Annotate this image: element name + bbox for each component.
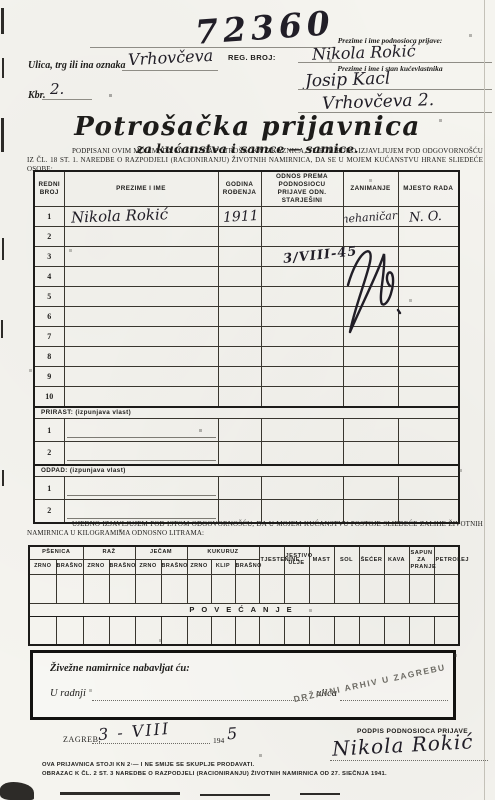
prirast-label: PRIRAST: (izpunjava vlast) xyxy=(34,407,459,419)
scan-artifact xyxy=(2,470,4,486)
writing-line xyxy=(67,480,216,496)
purchase-heading: Živežne namirnice nabavljat ću: xyxy=(50,663,190,674)
writing-line xyxy=(67,445,216,461)
col-header-secer: ŠEĆER xyxy=(359,546,384,574)
row-number: 1 xyxy=(34,207,64,227)
landlord-address-value: Vrhovčeva 2. xyxy=(322,90,435,114)
scan-artifact xyxy=(1,320,3,338)
row-number: 7 xyxy=(34,327,64,347)
sub-col-brasno: BRAŠNO xyxy=(161,559,187,574)
shop-street-line xyxy=(340,700,448,701)
street-label: Ulica, trg ili ina oznaka xyxy=(28,60,126,71)
house-number-value: 2. xyxy=(50,80,64,98)
odpad-label: ODPAD: (izpunjava vlast) xyxy=(34,465,459,477)
col-group-jecam: JEČAM xyxy=(135,546,187,559)
sub-col-zrno: ZRNO xyxy=(83,559,109,574)
col-header-kava: KAVA xyxy=(384,546,409,574)
applicant-name-value: Nikola Rokić xyxy=(312,41,416,64)
col-group-raz: RAŽ xyxy=(83,546,135,559)
prirast-row: 1 xyxy=(34,419,459,442)
row-number: 1 xyxy=(34,477,64,500)
scan-artifact xyxy=(2,238,4,260)
stocks-empty-row xyxy=(29,574,459,603)
prirast-row: 2 xyxy=(34,442,459,465)
official-paraph xyxy=(340,240,410,340)
stocks-empty-row xyxy=(29,616,459,645)
col-header-redni-broj: REDNI BROJ xyxy=(34,171,64,207)
povecanje-label: POVEĆANJE xyxy=(29,603,459,616)
sub-col-zrno: ZRNO xyxy=(135,559,161,574)
odpad-row: 1 xyxy=(34,477,459,500)
form-title: Potrošačka prijavnica xyxy=(0,112,495,142)
col-header-odnos: ODNOS PREMA PODNOSIOCU PRIJAVE ODN. STAR… xyxy=(261,171,343,207)
povecanje-band-row: POVEĆANJE xyxy=(29,603,459,616)
occupation-cell: mehaničar xyxy=(343,207,398,227)
row-number: 5 xyxy=(34,287,64,307)
col-header-godina-rodjenja: GODINA ROĐENJA xyxy=(218,171,261,207)
u-radnji-label: U radnji xyxy=(50,688,86,699)
col-header-petrolej: PETROLEJ xyxy=(434,546,459,574)
col-header-mast: MAST xyxy=(309,546,334,574)
scan-artifact xyxy=(2,58,4,78)
col-header-prezime-ime: PREZIME I IME xyxy=(64,171,218,207)
scan-artifact xyxy=(1,118,4,152)
col-header-zanimanje: ZANIMANJE xyxy=(343,171,398,207)
footer-note-regulation: OBRAZAC K ČL. 2 ST. 3 NAREDBE O RAZPODJE… xyxy=(42,771,387,777)
scan-artifact xyxy=(200,794,270,796)
scan-artifact xyxy=(0,782,34,800)
street-field-line xyxy=(122,70,218,71)
sub-col-zrno: ZRNO xyxy=(187,559,211,574)
stocks-group-header-row: PŠENICA RAŽ JEČAM KUKURUZ TJESTENINE JES… xyxy=(29,546,459,559)
shop-name-line xyxy=(92,700,308,701)
footer-note-price: OVA PRIJAVNICA STOJI KN 2·— I NE SMIJE S… xyxy=(42,762,254,768)
relation-cell xyxy=(261,207,343,227)
name-cell: Nikola Rokić xyxy=(64,207,218,227)
col-header-tjestenine: TJESTENINE xyxy=(259,546,284,574)
year-cell: 1911 xyxy=(218,207,261,227)
reg-broj-label: REG. BROJ: xyxy=(228,53,276,62)
row-number: 6 xyxy=(34,307,64,327)
persons-table-header-row: REDNI BROJ PREZIME I IME GODINA ROĐENJA … xyxy=(34,171,459,207)
scanned-form-page: 72360 REG. BROJ: Ulica, trg ili ina ozna… xyxy=(0,0,495,800)
applicant-name-line xyxy=(298,62,492,63)
writing-line xyxy=(67,503,216,519)
workplace-cell: N. O. xyxy=(398,207,459,227)
occupation-handwritten: mehaničar xyxy=(343,208,397,225)
prirast-section-band: PRIRAST: (izpunjava vlast) xyxy=(34,407,459,419)
row-number: 2 xyxy=(34,227,64,247)
col-header-sapun: SAPUN ZA PRANJE xyxy=(409,546,434,574)
row-number: 4 xyxy=(34,267,64,287)
row-number: 2 xyxy=(34,442,64,465)
table-row: 10 xyxy=(34,387,459,407)
scan-noise xyxy=(0,0,1,1)
col-header-sol: SOL xyxy=(334,546,359,574)
scan-artifact xyxy=(300,793,340,795)
year-prefix: 194 xyxy=(213,736,224,745)
stocks-declaration-paragraph: UJEDNO IZJAVLJUJEM POD ISTOM ODGOVORNOŠĆ… xyxy=(27,520,483,538)
sub-col-brasno: BRAŠNO xyxy=(56,559,83,574)
row-number: 9 xyxy=(34,367,64,387)
date-line xyxy=(92,743,210,744)
row-number: 3 xyxy=(34,247,64,267)
street-field-value: Vrhovčeva xyxy=(128,46,214,69)
col-group-kukuruz: KUKURUZ xyxy=(187,546,259,559)
sub-col-zrno: ZRNO xyxy=(29,559,56,574)
col-header-jestivo-ulje: JESTIVO ULJE xyxy=(284,546,309,574)
col-group-psenica: PŠENICA xyxy=(29,546,83,559)
scan-artifact xyxy=(60,792,180,795)
row-number: 10 xyxy=(34,387,64,407)
row-number: 8 xyxy=(34,347,64,367)
odpad-section-band: ODPAD: (izpunjava vlast) xyxy=(34,465,459,477)
person-name-handwritten: Nikola Rokić xyxy=(64,207,168,227)
writing-line xyxy=(67,422,216,438)
scan-artifact xyxy=(484,0,485,800)
scan-artifact xyxy=(1,8,4,34)
sub-col-brasno: BRAŠNO xyxy=(109,559,135,574)
col-header-mjesto-rada: MJESTO RADA xyxy=(398,171,459,207)
landlord-name-line xyxy=(298,89,492,90)
workplace-handwritten: N. O. xyxy=(398,208,442,225)
table-row: 9 xyxy=(34,367,459,387)
table-row: 1 Nikola Rokić 1911 mehaničar N. O. xyxy=(34,207,459,227)
birth-year-handwritten: 1911 xyxy=(218,207,258,225)
sub-col-klip: KLIP xyxy=(211,559,235,574)
year-handwritten: 5 xyxy=(226,724,237,744)
house-number-line xyxy=(42,99,92,100)
signature-line xyxy=(330,760,488,761)
date-handwritten: 3 - VIII xyxy=(97,719,171,744)
persons-table: REDNI BROJ PREZIME I IME GODINA ROĐENJA … xyxy=(33,170,458,524)
row-number: 1 xyxy=(34,419,64,442)
sub-col-brasno: BRAŠNO xyxy=(235,559,259,574)
table-row: 8 xyxy=(34,347,459,367)
stocks-table: PŠENICA RAŽ JEČAM KUKURUZ TJESTENINE JES… xyxy=(28,545,458,646)
purchase-declaration-box xyxy=(30,650,456,720)
